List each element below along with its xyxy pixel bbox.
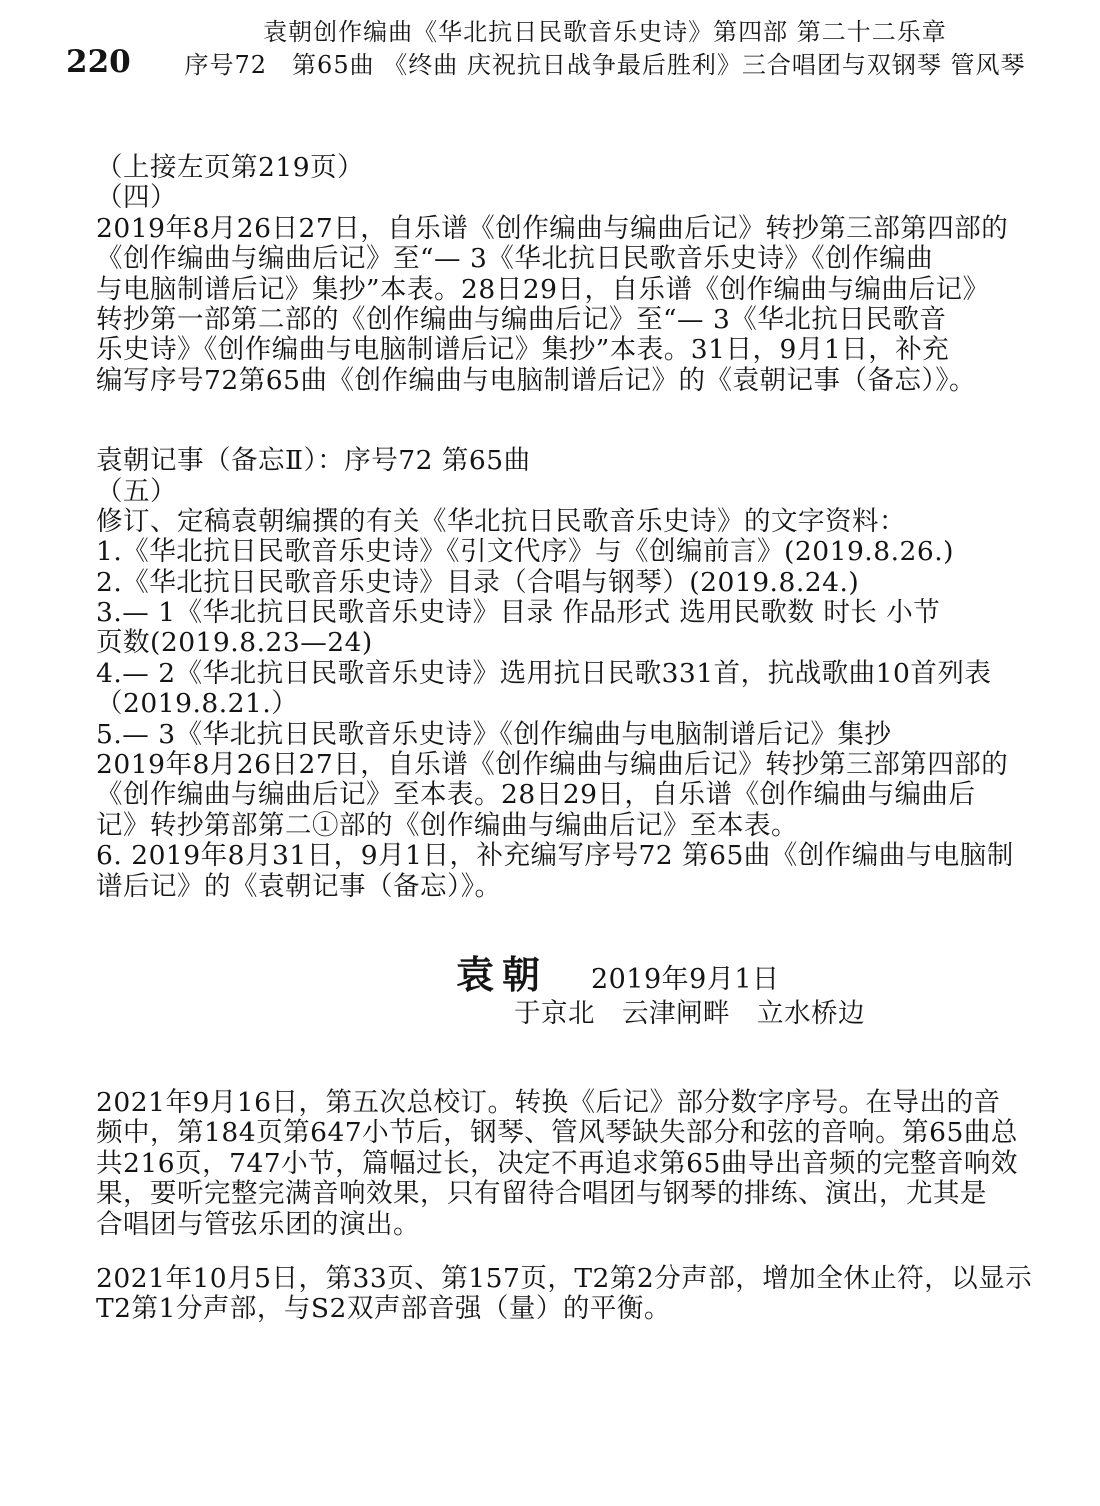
paragraph-line: 果，要听完整完满音响效果，只有留待合唱团与钢琴的排练、演出，尤其是: [96, 1179, 1026, 1209]
document-page: 220 袁朝创作编曲《华北抗日民歌音乐史诗》第四部 第二十二乐章 序号72 第6…: [0, 0, 1100, 1506]
header-title-line1: 袁朝创作编曲《华北抗日民歌音乐史诗》第四部 第二十二乐章: [140, 16, 1070, 49]
running-header: 袁朝创作编曲《华北抗日民歌音乐史诗》第四部 第二十二乐章 序号72 第65曲 《…: [140, 16, 1070, 82]
paragraph-line: 共216页，747小节，篇幅过长，决定不再追求第65曲导出音频的完整音响效: [96, 1149, 1026, 1179]
paragraph-line: 2021年10月5日，第33页、第157页，T2第2分声部，增加全休止符，以显示: [96, 1264, 1026, 1294]
memo-list-line: 页数(2019.8.23—24): [96, 628, 1026, 658]
memo-list-line: （2019.8.21.）: [96, 689, 1026, 719]
memo-list-line: 5.— 3《华北抗日民歌音乐史诗》《创作编曲与电脑制谱后记》集抄: [96, 720, 1026, 750]
paragraph-line: 乐史诗》《创作编曲与电脑制谱后记》集抄”本表。31日，9月1日，补充: [96, 335, 1026, 365]
memo-list-line: 记》转抄第部第二①部的《创作编曲与编曲后记》至本表。: [96, 811, 1026, 841]
section4-label: （四）: [96, 183, 1026, 213]
signature-name: 袁朝: [456, 952, 548, 997]
memo-list-line: 谱后记》的《袁朝记事（备忘）》。: [96, 872, 1026, 902]
signature-date: 2019年9月1日: [591, 964, 780, 995]
memo-list-line: 2.《华北抗日民歌音乐史诗》目录（合唱与钢琴）(2019.8.24.): [96, 568, 1026, 598]
paragraph-line: T2第1分声部，与S2双声部音强（量）的平衡。: [96, 1294, 1026, 1324]
paragraph-line: 2019年8月26日27日，自乐谱《创作编曲与编曲后记》转抄第三部第四部的: [96, 214, 1026, 244]
memo-list-line: 3.— 1《华北抗日民歌音乐史诗》目录 作品形式 选用民歌数 时长 小节: [96, 598, 1026, 628]
signature-line: 袁朝 2019年9月1日: [96, 952, 1026, 998]
paragraph-line: 《创作编曲与编曲后记》至“— 3《华北抗日民歌音乐史诗》《创作编曲: [96, 244, 1026, 274]
continuation-note: （上接左页第219页）: [96, 153, 1026, 183]
revision-note-september: 2021年9月16日，第五次总校订。转换《后记》部分数字序号。在导出的音 频中，…: [96, 1088, 1026, 1240]
signature-block: 袁朝 2019年9月1日 于京北 云津闸畔 立水桥边: [96, 952, 1026, 1030]
paragraph-line: 2021年9月16日，第五次总校订。转换《后记》部分数字序号。在导出的音: [96, 1088, 1026, 1118]
paragraph-line: 转抄第一部第二部的《创作编曲与编曲后记》至“— 3《华北抗日民歌音: [96, 305, 1026, 335]
memo-list-line: 2019年8月26日27日，自乐谱《创作编曲与编曲后记》转抄第三部第四部的: [96, 750, 1026, 780]
section5-label: （五）: [96, 477, 1026, 507]
memo-list-line: 1.《华北抗日民歌音乐史诗》《引文代序》与《创编前言》(2019.8.26.): [96, 537, 1026, 567]
paragraph-line: 编写序号72第65曲《创作编曲与电脑制谱后记》的《袁朝记事（备忘）》。: [96, 366, 1026, 396]
memo-title: 袁朝记事（备忘Ⅱ）：序号72 第65曲: [96, 446, 1026, 476]
memo-list-line: 4.— 2《华北抗日民歌音乐史诗》选用抗日民歌331首，抗战歌曲10首列表: [96, 659, 1026, 689]
paragraph-line: 与电脑制谱后记》集抄”本表。28日29日，自乐谱《创作编曲与编曲后记》: [96, 275, 1026, 305]
document-body: （上接左页第219页） （四） 2019年8月26日27日，自乐谱《创作编曲与编…: [96, 153, 1026, 1325]
memo-list-line: 《创作编曲与编曲后记》至本表。28日29日，自乐谱《创作编曲与编曲后: [96, 780, 1026, 810]
page-number: 220: [66, 44, 131, 80]
signature-place: 于京北 云津闸畔 立水桥边: [96, 998, 1026, 1030]
header-title-line2: 序号72 第65曲 《终曲 庆祝抗日战争最后胜利》三合唱团与双钢琴 管风琴: [140, 49, 1070, 82]
paragraph-line: 频中，第184页第647小节后，钢琴、管风琴缺失部分和弦的音响。第65曲总: [96, 1118, 1026, 1148]
paragraph-line: 合唱团与管弦乐团的演出。: [96, 1210, 1026, 1240]
memo-intro: 修订、定稿袁朝编撰的有关《华北抗日民歌音乐史诗》的文字资料：: [96, 507, 1026, 537]
revision-note-october: 2021年10月5日，第33页、第157页，T2第2分声部，增加全休止符，以显示…: [96, 1264, 1026, 1325]
memo-list-line: 6. 2019年8月31日，9月1日，补充编写序号72 第65曲《创作编曲与电脑…: [96, 841, 1026, 871]
